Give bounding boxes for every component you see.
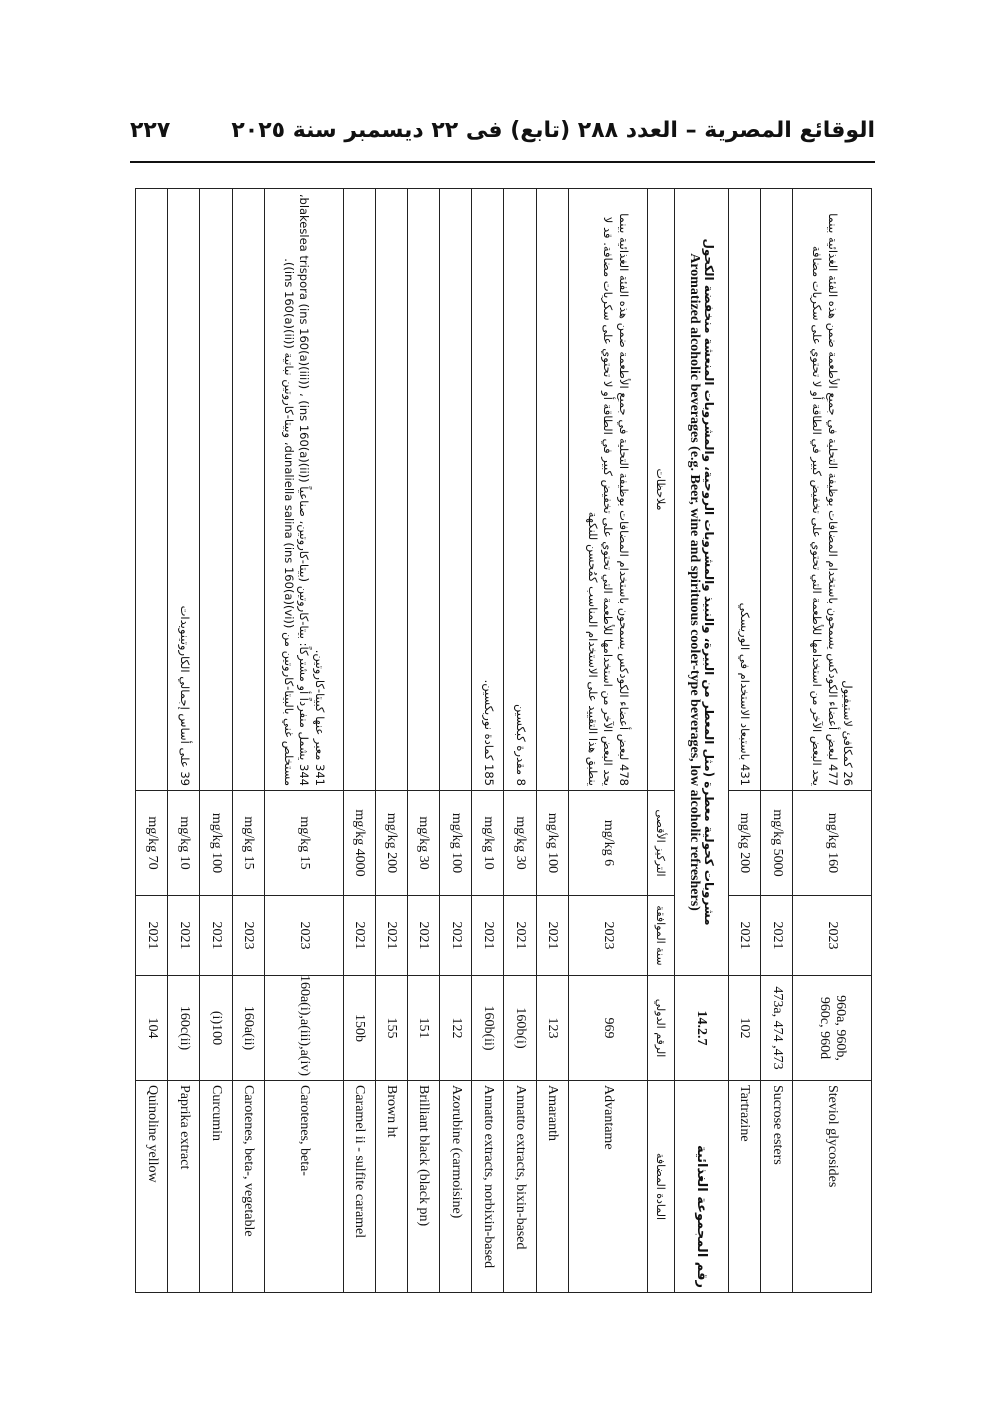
max-level: 4000 mg/kg bbox=[343, 791, 375, 896]
additive-name: Annatto extracts, norbixin-based bbox=[472, 1081, 504, 1293]
ins-number: 160b(i) bbox=[504, 976, 536, 1081]
column-header-row: المادة المضافة الرقم الدولي سنة الموافقة… bbox=[647, 189, 675, 1293]
additive-name: Brilliant black (black pn) bbox=[407, 1081, 439, 1293]
max-level: 200 mg/kg bbox=[728, 791, 760, 896]
approval-year: 2023 bbox=[793, 896, 872, 976]
max-level: 6 mg/kg bbox=[568, 791, 647, 896]
approval-year: 2021 bbox=[407, 896, 439, 976]
max-level: 30 mg/kg bbox=[504, 791, 536, 896]
notes bbox=[536, 189, 568, 791]
group-title-en: Aromatized alcoholic beverages (e.g. Bee… bbox=[686, 193, 702, 971]
additive-name: Advantame bbox=[568, 1081, 647, 1293]
approval-year: 2021 bbox=[472, 896, 504, 976]
ins-number: 123 bbox=[536, 976, 568, 1081]
additive-name: Amaranth bbox=[536, 1081, 568, 1293]
approval-year: 2021 bbox=[504, 896, 536, 976]
page-number: ٢٢٧ bbox=[130, 118, 170, 143]
notes: 8 مقدرة كبكسين bbox=[504, 189, 536, 791]
ins-number: 150b bbox=[343, 976, 375, 1081]
additive-name: Paprika extract bbox=[168, 1081, 200, 1293]
notes: 26 كمكافئ لاستيفيول477 لبعض أعضاء الكودك… bbox=[793, 189, 872, 791]
group-number: 14.2.7 bbox=[675, 976, 729, 1081]
ins-number: 160a(i),a(iii),a(iv) bbox=[264, 976, 343, 1081]
max-level: 100 mg/kg bbox=[440, 791, 472, 896]
group-title: مشروبات كحولية معطرة (مثل المعطر من البي… bbox=[675, 189, 729, 976]
max-level: 5000 mg/kg bbox=[760, 791, 792, 896]
table-row: Brown ht1552021200 mg/kg bbox=[375, 189, 407, 1293]
table-row: Annatto extracts, bixin-based160b(i)2021… bbox=[504, 189, 536, 1293]
ins-number: 473, 473a, 474 bbox=[760, 976, 792, 1081]
approval-year: 2021 bbox=[136, 896, 168, 976]
group-title-ar: مشروبات كحولية معطرة (مثل المعطر من البي… bbox=[702, 193, 716, 971]
ins-number: 104 bbox=[136, 976, 168, 1081]
max-level: 10 mg/kg bbox=[472, 791, 504, 896]
max-level: 100 mg/kg bbox=[200, 791, 232, 896]
table-row: Annatto extracts, norbixin-based160b(ii)… bbox=[472, 189, 504, 1293]
notes bbox=[440, 189, 472, 791]
rotated-table-container: Steviol glycosides960a, 960b, 960c, 960d… bbox=[135, 188, 872, 1292]
table-row: Azorubine (carmoisine)1222021100 mg/kg bbox=[440, 189, 472, 1293]
additive-name: Annatto extracts, bixin-based bbox=[504, 1081, 536, 1293]
max-level: 10 mg/kg bbox=[168, 791, 200, 896]
table-row: Caramel ii - sulfite caramel150b20214000… bbox=[343, 189, 375, 1293]
additive-name: Tartrazine bbox=[728, 1081, 760, 1293]
table-row: Sucrose esters473, 473a, 47420215000 mg/… bbox=[760, 189, 792, 1293]
table-row: Advantame96920236 mg/kg478 لبعض أعضاء ال… bbox=[568, 189, 647, 1293]
notes: 341 معبر عنها كبيتا-كاروتين.344 يشمل منف… bbox=[264, 189, 343, 791]
table-row: Carotenes, beta-160a(i),a(iii),a(iv)2023… bbox=[264, 189, 343, 1293]
approval-year: 2023 bbox=[232, 896, 264, 976]
ins-number: 160b(ii) bbox=[472, 976, 504, 1081]
additive-name: Brown ht bbox=[375, 1081, 407, 1293]
ins-number: 969 bbox=[568, 976, 647, 1081]
approval-year: 2021 bbox=[760, 896, 792, 976]
ins-number: 960a, 960b, 960c, 960d bbox=[793, 976, 872, 1081]
header-ins: الرقم الدولي bbox=[647, 976, 675, 1081]
ins-number: 122 bbox=[440, 976, 472, 1081]
additive-name: Sucrose esters bbox=[760, 1081, 792, 1293]
max-level: 200 mg/kg bbox=[375, 791, 407, 896]
table-row: Brilliant black (black pn)151202130 mg/k… bbox=[407, 189, 439, 1293]
max-level: 100 mg/kg bbox=[536, 791, 568, 896]
notes bbox=[375, 189, 407, 791]
approval-year: 2021 bbox=[440, 896, 472, 976]
additive-name: Carotenes, beta- bbox=[264, 1081, 343, 1293]
approval-year: 2021 bbox=[728, 896, 760, 976]
ins-number: 100(i) bbox=[200, 976, 232, 1081]
notes bbox=[407, 189, 439, 791]
additive-name: Curcumin bbox=[200, 1081, 232, 1293]
additive-name: Caramel ii - sulfite caramel bbox=[343, 1081, 375, 1293]
approval-year: 2021 bbox=[200, 896, 232, 976]
additive-name: Steviol glycosides bbox=[793, 1081, 872, 1293]
additive-name: Quinoline yellow bbox=[136, 1081, 168, 1293]
notes bbox=[136, 189, 168, 791]
max-level: 15 mg/kg bbox=[264, 791, 343, 896]
table-row: Steviol glycosides960a, 960b, 960c, 960d… bbox=[793, 189, 872, 1293]
table-row: Amaranth1232021100 mg/kg bbox=[536, 189, 568, 1293]
approval-year: 2021 bbox=[375, 896, 407, 976]
notes: 39 على أساس إجمالي الكاروتينويدات bbox=[168, 189, 200, 791]
approval-year: 2021 bbox=[343, 896, 375, 976]
notes: 431 باستبعاد الاستخدام في الوريسكي bbox=[728, 189, 760, 791]
table-row: Curcumin100(i)2021100 mg/kg bbox=[200, 189, 232, 1293]
notes: 478 لبعض أعضاء الكودكس يسمحون باستخدام ا… bbox=[568, 189, 647, 791]
page-header: الوقائع المصرية – العدد ٢٨٨ (تابع) فى ٢٢… bbox=[130, 110, 875, 150]
notes bbox=[760, 189, 792, 791]
table-row: Tartrazine1022021200 mg/kg431 باستبعاد ا… bbox=[728, 189, 760, 1293]
ins-number: 160a(ii) bbox=[232, 976, 264, 1081]
additive-name: Azorubine (carmoisine) bbox=[440, 1081, 472, 1293]
max-level: 70 mg/kg bbox=[136, 791, 168, 896]
approval-year: 2023 bbox=[264, 896, 343, 976]
gazette-title: الوقائع المصرية – العدد ٢٨٨ (تابع) فى ٢٢… bbox=[231, 118, 875, 143]
approval-year: 2023 bbox=[568, 896, 647, 976]
header-max-level: التركيز الأقصى bbox=[647, 791, 675, 896]
max-level: 30 mg/kg bbox=[407, 791, 439, 896]
food-additives-table: Steviol glycosides960a, 960b, 960c, 960d… bbox=[135, 188, 872, 1293]
ins-number: 160c(ii) bbox=[168, 976, 200, 1081]
approval-year: 2021 bbox=[536, 896, 568, 976]
max-level: 15 mg/kg bbox=[232, 791, 264, 896]
max-level: 160 mg/kg bbox=[793, 791, 872, 896]
table-row: Quinoline yellow104202170 mg/kg bbox=[136, 189, 168, 1293]
ins-number: 151 bbox=[407, 976, 439, 1081]
approval-year: 2021 bbox=[168, 896, 200, 976]
group-number-label: رقم المجموعة الغذائية bbox=[675, 1081, 729, 1293]
header-rule bbox=[130, 161, 875, 163]
ins-number: 155 bbox=[375, 976, 407, 1081]
notes: 185 كمادة نوربكسين. bbox=[472, 189, 504, 791]
notes bbox=[232, 189, 264, 791]
group-row: رقم المجموعة الغذائية 14.2.7 مشروبات كحو… bbox=[675, 189, 729, 1293]
ins-number: 102 bbox=[728, 976, 760, 1081]
table-row: Paprika extract160c(ii)202110 mg/kg39 عل… bbox=[168, 189, 200, 1293]
header-additive: المادة المضافة bbox=[647, 1081, 675, 1293]
notes bbox=[200, 189, 232, 791]
additive-name: Carotenes, beta-, vegetable bbox=[232, 1081, 264, 1293]
header-year: سنة الموافقة bbox=[647, 896, 675, 976]
notes bbox=[343, 189, 375, 791]
table-row: Carotenes, beta-, vegetable160a(ii)20231… bbox=[232, 189, 264, 1293]
header-notes: ملاحظات bbox=[647, 189, 675, 791]
